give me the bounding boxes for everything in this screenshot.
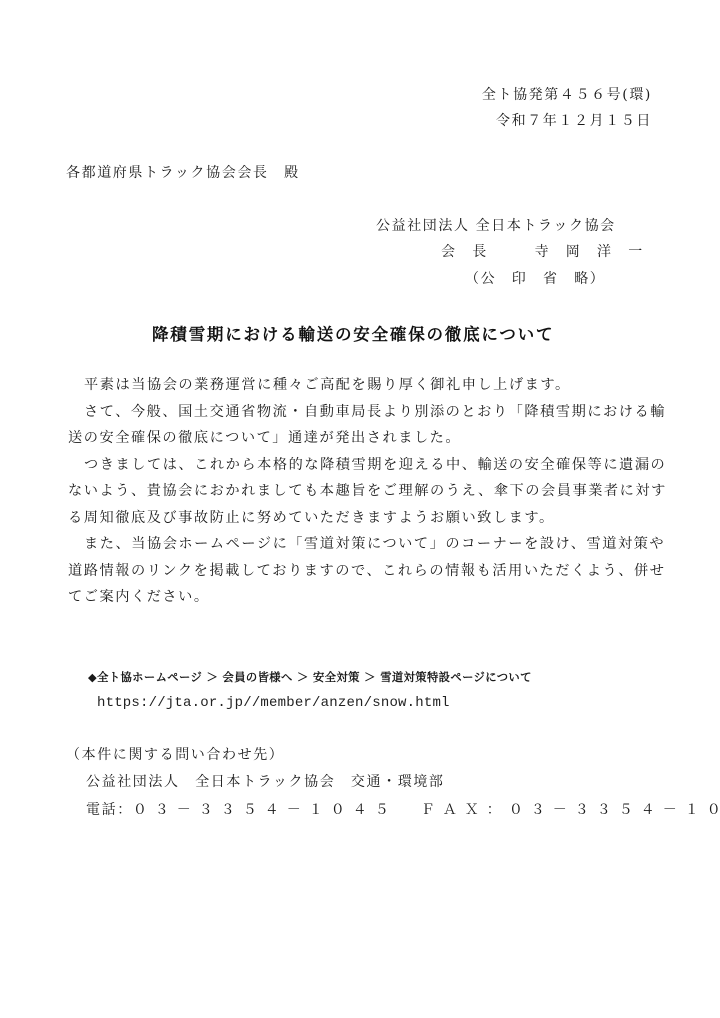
sender-title-name: 会 長 寺 岡 洋 一 [441,243,644,261]
seal-omitted-note: （公 印 省 略） [465,270,605,288]
phone-label: 電話： [86,802,133,818]
reference-breadcrumb: ◆全ト協ホームページ ＞ 会員の皆様へ ＞ 安全対策 ＞ 雪道対策特設ページにつ… [88,669,532,685]
contact-heading: （本件に関する問い合わせ先） [66,744,284,764]
paragraph-request: つきましては、これから本格的な降積雪期を迎える中、輸送の安全確保等に遺漏のないよ… [68,452,668,532]
addressee: 各都道府県トラック協会会長 殿 [66,164,300,182]
reference-url[interactable]: https://jta.or.jp//member/anzen/snow.htm… [97,695,450,711]
fax-number: ０３－３３５４－１０１９ [509,802,720,818]
breadcrumb-text: 全ト協ホームページ ＞ 会員の皆様へ ＞ 安全対策 ＞ 雪道対策特設ページについ… [97,671,532,684]
paragraph-notice: さて、今般、国土交通省物流・自動車局長より別添のとおり「降積雪期における輸送の安… [68,399,668,452]
issue-date: 令和７年１２月１５日 [496,112,652,130]
contact-department: 公益社団法人 全日本トラック協会 交通・環境部 [86,771,445,791]
body-text: 平素は当協会の業務運営に種々ご高配を賜り厚く御礼申し上げます。 さて、今般、国土… [68,372,668,611]
sender-organization: 公益社団法人 全日本トラック協会 [376,217,616,235]
phone-number: ０３－３３５４－１０４５ [133,802,397,818]
fax-label: ＦＡＸ： [421,802,509,818]
document-subject: 降積雪期における輸送の安全確保の徹底について [152,321,554,345]
document-number: 全ト協発第４５６号(環) [482,86,652,104]
paragraph-greeting: 平素は当協会の業務運営に種々ご高配を賜り厚く御礼申し上げます。 [68,372,668,399]
contact-numbers: 電話：０３－３３５４－１０４５ＦＡＸ：０３－３３５４－１０１９ [86,799,720,819]
diamond-bullet-icon: ◆ [88,671,97,684]
paragraph-homepage: また、当協会ホームページに「雪道対策について」のコーナーを設け、雪道対策や道路情… [68,531,668,611]
